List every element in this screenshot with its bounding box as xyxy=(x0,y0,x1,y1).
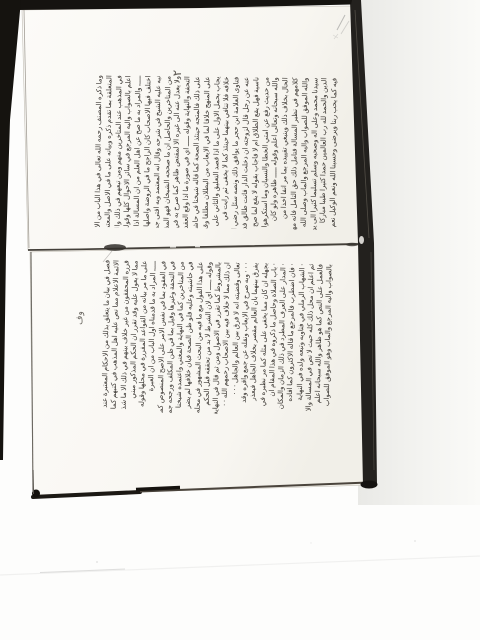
bottom-margin-note: وف xyxy=(68,306,92,330)
speck xyxy=(96,561,98,563)
scanner-left-edge xyxy=(0,0,21,460)
gutter-smudge xyxy=(346,243,358,247)
lid-shadow-line xyxy=(0,556,480,575)
speck xyxy=(414,540,416,542)
top-page-text: وما ذكره المصنف رحمه الله تعالى في هذا ا… xyxy=(94,75,341,230)
top-margin-note: ٢ xyxy=(166,62,188,84)
gutter-smudge xyxy=(104,244,126,251)
fore-edge-foot xyxy=(361,481,378,489)
gutter-line-gap xyxy=(195,245,200,247)
bottom-page-edge-blob xyxy=(136,488,180,490)
speck xyxy=(310,542,311,543)
gutter-line-gap xyxy=(170,245,176,247)
scanned-book-photo: وما ذكره المصنف رحمه الله تعالى في هذا ا… xyxy=(0,0,480,640)
fore-edge-notch xyxy=(359,236,364,244)
manuscript-line: فيه كما يحب ربنا ويرضى وحسبنا الله ونعم … xyxy=(329,78,341,230)
bottom-page-text: فصل في بيان ما يتعلق بذلك من الاحكام الم… xyxy=(101,260,336,416)
